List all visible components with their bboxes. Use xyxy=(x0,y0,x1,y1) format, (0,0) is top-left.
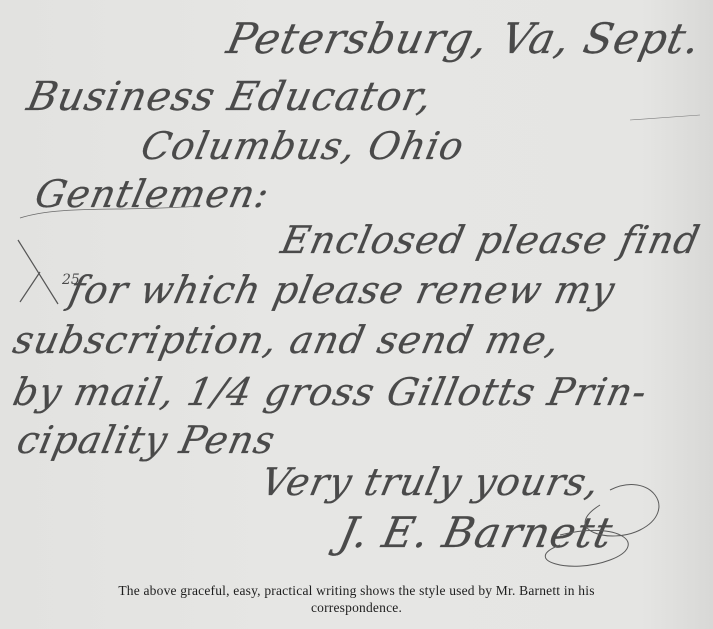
letter-body-line-4: by mail, 1/4 gross Gillotts Prin- xyxy=(9,370,651,414)
caption-line-2: correspondence. xyxy=(0,599,713,616)
letter-signature: J. E. Barnett xyxy=(335,508,618,557)
letter-greeting: Gentlemen: xyxy=(31,172,273,216)
letter-body-line-3: subscription, and send me, xyxy=(9,318,564,362)
scanned-letter-page: Petersburg, Va, Sept. '15. Business Educ… xyxy=(0,0,713,629)
letter-city: Columbus, Ohio xyxy=(137,124,468,168)
dollar-amount-mark-icon xyxy=(10,232,70,312)
letter-addressee: Business Educator, xyxy=(23,74,437,120)
letter-date-line: Petersburg, Va, Sept. '15. xyxy=(223,14,713,63)
letter-body-line-5: cipality Pens xyxy=(13,418,279,462)
caption-line-1: The above graceful, easy, practical writ… xyxy=(0,582,713,599)
letter-body-line-2: for which please renew my xyxy=(65,268,619,312)
letter-closing: Very truly yours, xyxy=(257,460,604,504)
letter-body-line-1: Enclosed please find xyxy=(277,218,704,262)
figure-caption: The above graceful, easy, practical writ… xyxy=(0,582,713,616)
